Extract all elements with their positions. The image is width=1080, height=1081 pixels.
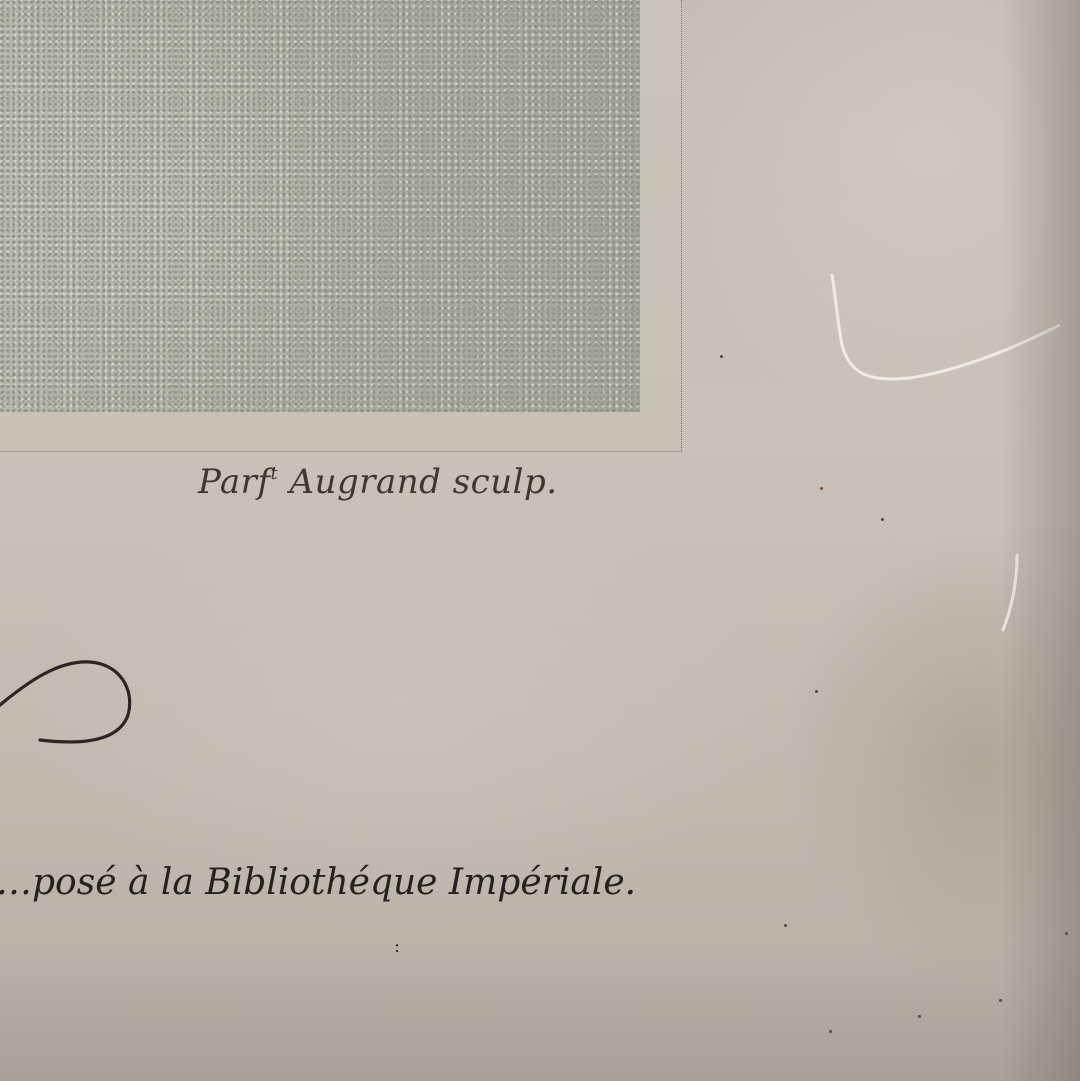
bottom-shadow	[0, 941, 1080, 1081]
engraver-credit-rest: Augrand sculp.	[278, 462, 557, 502]
frame-shadow	[1000, 0, 1080, 1081]
engraver-credit: Parft Augrand sculp.	[198, 462, 558, 502]
caption-text: …posé à la Bibliothéque Impériale.	[0, 862, 636, 903]
engraver-name-part: Parf	[198, 462, 270, 502]
calligraphic-flourish-icon	[0, 650, 140, 755]
stippled-engraving-area	[0, 0, 640, 412]
antique-print-photo: Parft Augrand sculp. …posé à la Biblioth…	[0, 0, 1080, 1081]
